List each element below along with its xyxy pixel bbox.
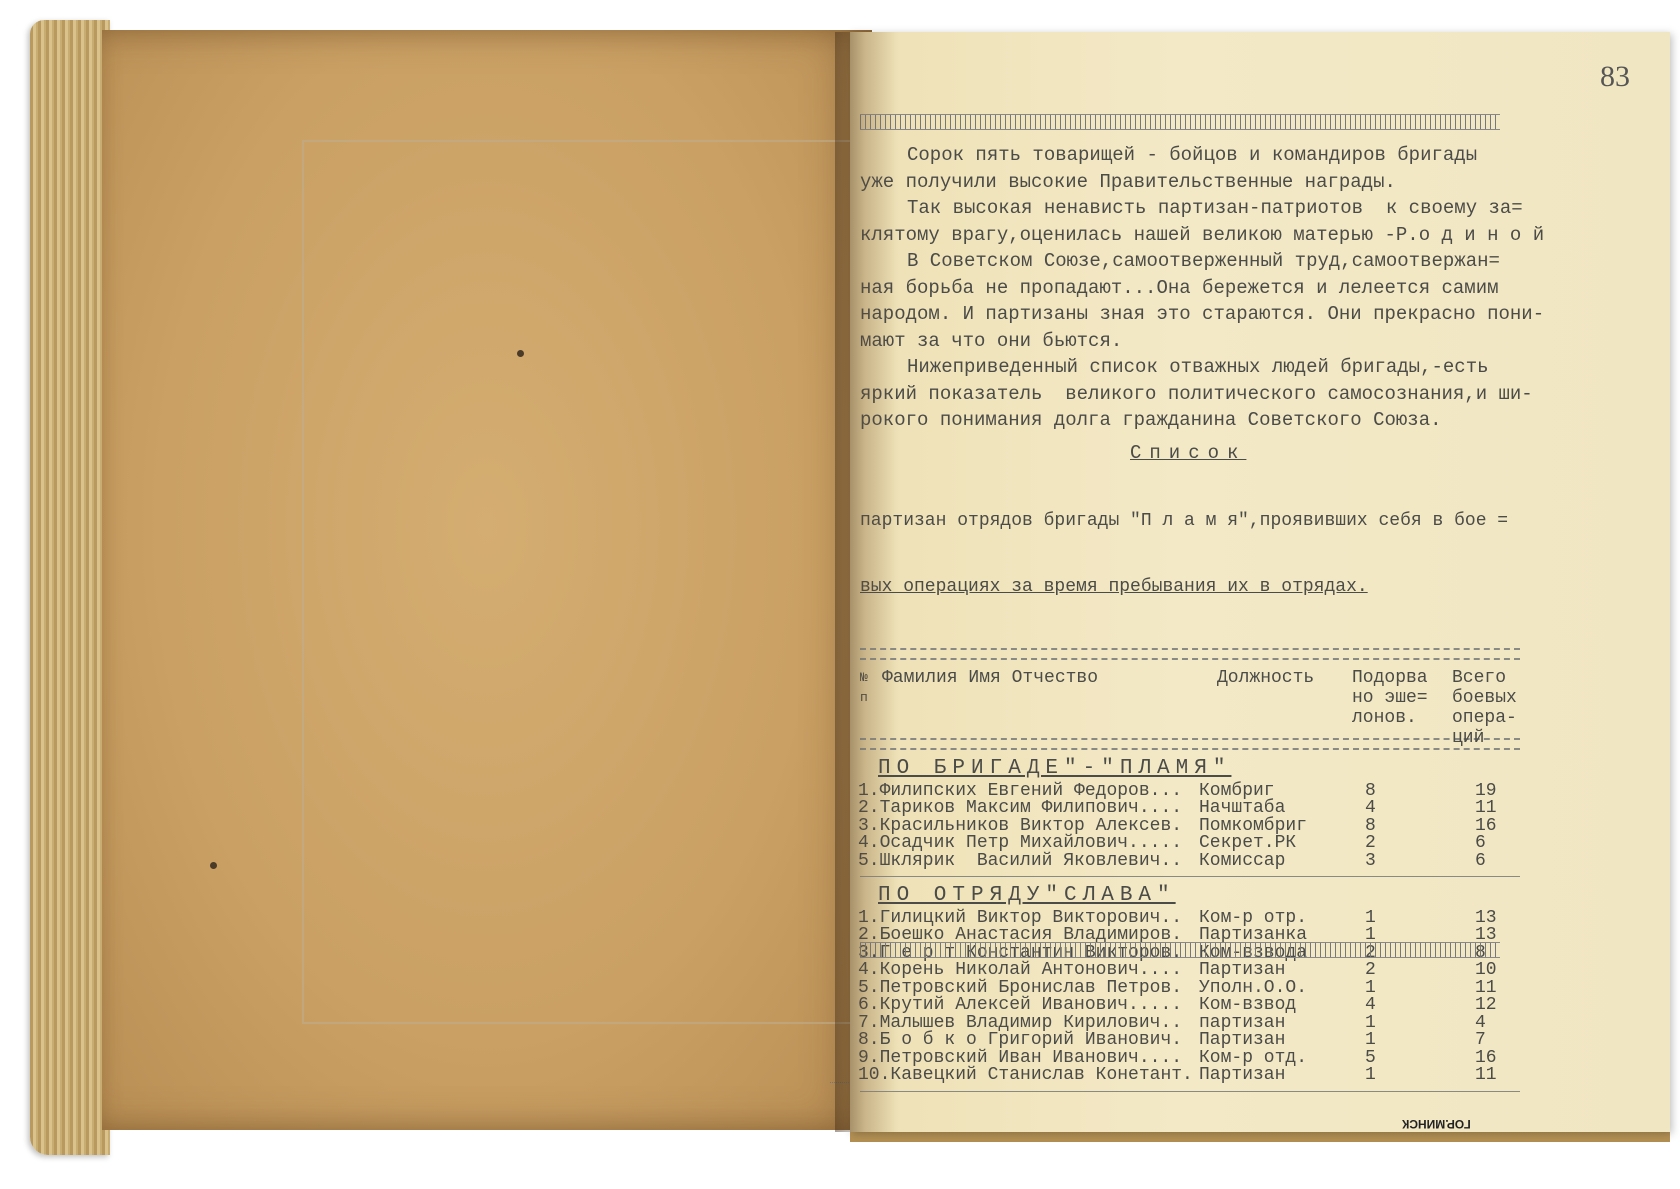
cell-explosions: 8 — [1359, 818, 1475, 836]
table-row: 5.Шклярик Василий Яковлевич..Комиссар36 — [850, 853, 1670, 871]
cell-explosions: 3 — [1359, 853, 1475, 871]
cell-operations: 10 — [1475, 962, 1535, 980]
open-book: № 83 Сорок пять товарищей - бойцов и ком… — [30, 12, 1670, 1162]
top-hatch-border — [860, 114, 1500, 130]
cell-position: Ком-взвод — [1199, 997, 1359, 1015]
table-row: 8.Б о б к о Григорий Иванович.Партизан17 — [850, 1032, 1670, 1050]
list-subtitle: партизан отрядов бригады "П л а м я",про… — [850, 466, 1670, 642]
cell-position: Партизан — [1199, 1067, 1359, 1085]
section-title: ПО ОТРЯДУ"СЛАВА" — [850, 883, 1670, 910]
cell-explosions: 2 — [1359, 835, 1475, 853]
city-stamp: ГОР.МИНСК — [1402, 1117, 1471, 1131]
cell-name: 6.Крутий Алексей Иванович..... — [858, 997, 1199, 1015]
spine-shadow — [835, 32, 895, 1132]
paragraph-line: клятому врагу,оценилась нашей великою ма… — [850, 222, 1670, 249]
cell-explosions: 1 — [1359, 980, 1475, 998]
header-explosions: Подорва но эше= лонов. — [1352, 668, 1452, 732]
bottom-hatch-border — [860, 942, 1500, 958]
cell-position: Начштаба — [1199, 800, 1359, 818]
cell-name: 4.Осадчик Петр Михайлович..... — [858, 835, 1199, 853]
table-row: 4.Корень Николай Антонович....Партизан21… — [850, 962, 1670, 980]
section-rule — [860, 1091, 1520, 1092]
cell-name: 5.Шклярик Василий Яковлевич.. — [858, 853, 1199, 871]
header-operations: Всего боевых опера- ций — [1452, 668, 1542, 732]
section-title: ПО БРИГАДЕ"-"ПЛАМЯ" — [850, 756, 1670, 783]
paragraph-line: В Советском Союзе,самоотверженный труд,с… — [850, 248, 1670, 275]
paragraph-line: рокого понимания долга гражданина Советс… — [850, 407, 1670, 434]
cell-explosions: 1 — [1359, 1032, 1475, 1050]
ink-dot — [210, 862, 217, 869]
cell-explosions: 5 — [1359, 1050, 1475, 1068]
list-title: Список — [850, 440, 1670, 467]
cell-position: Секрет.РК — [1199, 835, 1359, 853]
cell-position: Комиссар — [1199, 853, 1359, 871]
table-header-rule — [860, 738, 1520, 750]
page-edges — [30, 20, 110, 1155]
page-number: 83 — [1600, 60, 1630, 94]
table-top-rule — [860, 648, 1520, 660]
right-page: 83 Сорок пять товарищей - бойцов и коман… — [850, 32, 1670, 1132]
cell-operations: 6 — [1475, 835, 1535, 853]
cell-name: 8.Б о б к о Григорий Иванович. — [858, 1032, 1199, 1050]
cell-explosions: 1 — [1359, 1067, 1475, 1085]
cell-explosions: 4 — [1359, 997, 1475, 1015]
paragraph-line: уже получили высокие Правительственные н… — [850, 169, 1670, 196]
left-page-frame-mark — [302, 140, 891, 1024]
cell-position: Партизан — [1199, 1032, 1359, 1050]
cell-explosions: 1 — [1359, 910, 1475, 928]
cell-name: 4.Корень Николай Антонович.... — [858, 962, 1199, 980]
cell-operations: 6 — [1475, 853, 1535, 871]
paragraph-line: Так высокая ненависть партизан-патриотов… — [850, 195, 1670, 222]
table-header: № п Фамилия Имя Отчество Должность Подор… — [850, 668, 1670, 732]
left-page — [102, 30, 872, 1130]
header-position: Должность — [1217, 668, 1352, 732]
header-name: Фамилия Имя Отчество — [882, 668, 1217, 732]
section-rule — [860, 876, 1520, 877]
table-row: 6.Крутий Алексей Иванович.....Ком-взвод4… — [850, 997, 1670, 1015]
cell-operations: 7 — [1475, 1032, 1535, 1050]
cell-name: 2.Тариков Максим Филипович.... — [858, 800, 1199, 818]
cell-explosions: 4 — [1359, 800, 1475, 818]
cell-operations: 12 — [1475, 997, 1535, 1015]
cell-operations: 11 — [1475, 1067, 1535, 1085]
paragraph-line: Сорок пять товарищей - бойцов и командир… — [850, 142, 1670, 169]
paragraph-line: мают за что они бьются. — [850, 328, 1670, 355]
table-row: 4.Осадчик Петр Михайлович.....Секрет.РК2… — [850, 835, 1670, 853]
paragraph-line: яркий показатель великого политического … — [850, 381, 1670, 408]
cell-explosions: 8 — [1359, 783, 1475, 801]
paragraph-line: народом. И партизаны зная это стараются.… — [850, 301, 1670, 328]
intro-paragraphs: Сорок пять товарищей - бойцов и командир… — [850, 142, 1670, 434]
cell-explosions: 2 — [1359, 962, 1475, 980]
ink-dot — [517, 350, 524, 357]
paragraph-line: ная борьба не пропадают...Она бережется … — [850, 275, 1670, 302]
table-sections: ПО БРИГАДЕ"-"ПЛАМЯ"1.Филипских Евгений Ф… — [850, 756, 1670, 1092]
cell-operations: 11 — [1475, 800, 1535, 818]
table-row: 10.Кавецкий Станислав Конетант.Партизан1… — [850, 1067, 1670, 1085]
cell-explosions: 1 — [1359, 1015, 1475, 1033]
table-row: 2.Тариков Максим Филипович....Начштаба41… — [850, 800, 1670, 818]
cell-name: 10.Кавецкий Станислав Конетант. — [858, 1067, 1199, 1085]
paragraph-line: Нижеприведенный список отважных людей бр… — [850, 354, 1670, 381]
cell-position: Партизан — [1199, 962, 1359, 980]
